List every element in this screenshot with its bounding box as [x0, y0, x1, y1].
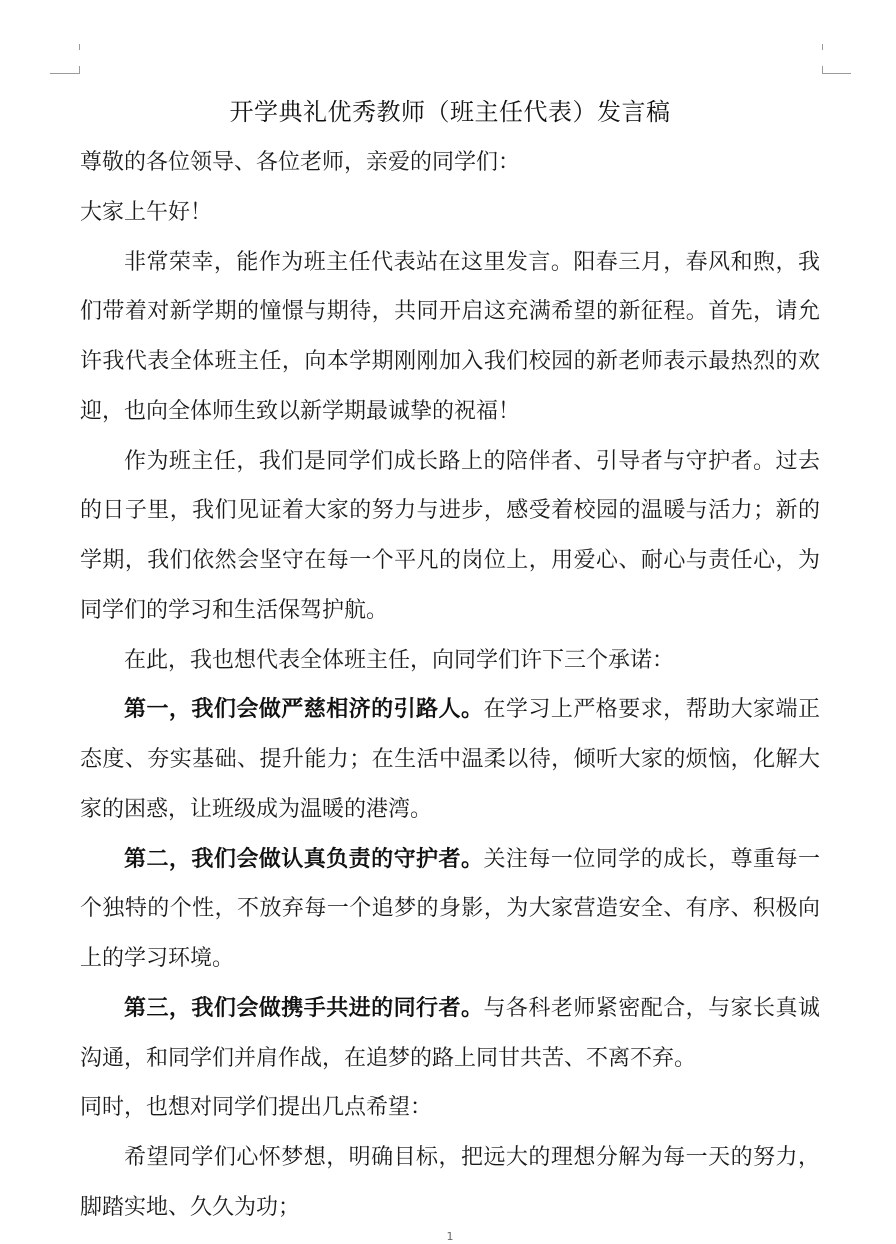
document-page: 开学典礼优秀教师（班主任代表）发言稿 尊敬的各位领导、各位老师，亲爱的同学们： …	[0, 0, 896, 1244]
paragraph-text: 在此，我也想代表全体班主任，向同学们许下三个承诺：	[124, 648, 674, 673]
paragraph-text: 作为班主任，我们是同学们成长路上的陪伴者、引导者与守护者。过去的日子里，我们见证…	[80, 449, 820, 623]
paragraph-text: 同时，也想对同学们提出几点希望：	[80, 1095, 432, 1120]
paragraph-salutation: 尊敬的各位领导、各位老师，亲爱的同学们：	[80, 138, 820, 188]
paragraph-text: 尊敬的各位领导、各位老师，亲爱的同学们：	[80, 150, 520, 175]
top-right-margin-mark	[822, 44, 852, 74]
paragraph-greeting: 大家上午好！	[80, 188, 820, 238]
paragraph-text: 希望同学们心怀梦想，明确目标，把远大的理想分解为每一天的努力，脚踏实地、久久为功…	[80, 1145, 820, 1220]
paragraph-text: 大家上午好！	[80, 200, 212, 225]
top-left-margin-mark	[50, 44, 80, 74]
paragraph-promise-2: 第二，我们会做认真负责的守护者。关注每一位同学的成长，尊重每一个独特的个性，不放…	[80, 835, 820, 984]
promise-heading: 第三，我们会做携手共进的同行者。	[124, 996, 483, 1021]
paragraph-opening: 非常荣幸，能作为班主任代表站在这里发言。阳春三月，春风和煦，我们带着对新学期的憧…	[80, 238, 820, 437]
paragraph-promises-intro: 在此，我也想代表全体班主任，向同学们许下三个承诺：	[80, 636, 820, 686]
page-number: 1	[440, 1230, 460, 1244]
promise-heading: 第一，我们会做严慈相济的引路人。	[124, 697, 483, 722]
paragraph-hope-1: 希望同学们心怀梦想，明确目标，把远大的理想分解为每一天的努力，脚踏实地、久久为功…	[80, 1133, 820, 1233]
paragraph-hopes-intro: 同时，也想对同学们提出几点希望：	[80, 1083, 820, 1133]
paragraph-promise-3: 第三，我们会做携手共进的同行者。与各科老师紧密配合，与家长真诚沟通，和同学们并肩…	[80, 984, 820, 1084]
paragraph-promise-1: 第一，我们会做严慈相济的引路人。在学习上严格要求，帮助大家端正态度、夯实基础、提…	[80, 685, 820, 834]
paragraph-text: 非常荣幸，能作为班主任代表站在这里发言。阳春三月，春风和煦，我们带着对新学期的憧…	[80, 250, 820, 424]
promise-heading: 第二，我们会做认真负责的守护者。	[124, 847, 483, 872]
document-body: 尊敬的各位领导、各位老师，亲爱的同学们： 大家上午好！ 非常荣幸，能作为班主任代…	[80, 138, 820, 1233]
document-title: 开学典礼优秀教师（班主任代表）发言稿	[0, 94, 896, 130]
paragraph-role: 作为班主任，我们是同学们成长路上的陪伴者、引导者与守护者。过去的日子里，我们见证…	[80, 437, 820, 636]
